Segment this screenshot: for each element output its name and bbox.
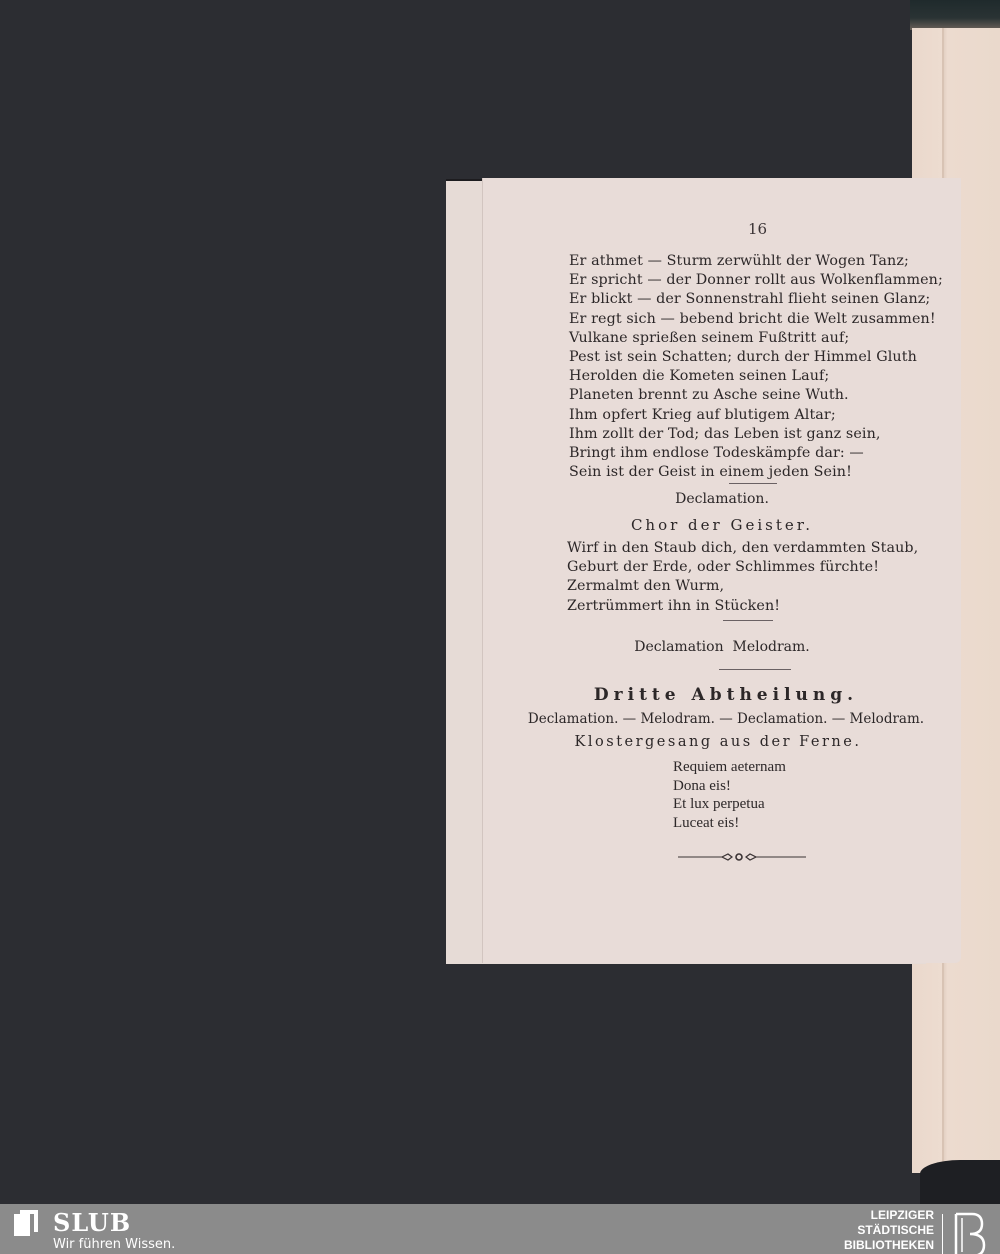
ornament-divider-icon [678, 851, 806, 863]
chorus-line: Geburt der Erde, oder Schlimmes fürchte! [567, 558, 947, 577]
footer-divider [942, 1214, 943, 1254]
chorus-line: Zertrümmert ihn in Stücken! [567, 597, 947, 616]
slub-logo-icon [12, 1210, 42, 1238]
slub-brand: SLUB [53, 1208, 131, 1237]
verse-line: Er spricht — der Donner rollt aus Wolken… [569, 271, 949, 290]
verse-line: Er regt sich — bebend bricht die Welt zu… [569, 310, 949, 329]
section-divider [719, 669, 791, 670]
lsb-logo-icon [952, 1212, 988, 1254]
lsb-brand: LEIPZIGER STÄDTISCHE BIBLIOTHEKEN [844, 1208, 934, 1253]
lsb-brand-line: STÄDTISCHE [844, 1223, 934, 1238]
verse-line: Ihm zollt der Tod; das Leben ist ganz se… [569, 425, 949, 444]
section-divider [723, 620, 773, 621]
verse-line: Bringt ihm endlose Todeskämpfe dar: — [569, 444, 949, 463]
verse-line: Pest ist sein Schatten; durch der Himmel… [569, 348, 949, 367]
part-heading: Dritte Abtheilung. [487, 685, 965, 705]
latin-line: Requiem aeternam [673, 758, 786, 777]
chorus-line: Wirf in den Staub dich, den verdammten S… [567, 539, 947, 558]
page-number: 16 [748, 220, 767, 238]
lsb-brand-line: BIBLIOTHEKEN [844, 1238, 934, 1253]
verse-line: Er blickt — der Sonnenstrahl flieht sein… [569, 290, 949, 309]
book-spine-top [910, 0, 1000, 30]
latin-line: Dona eis! [673, 777, 786, 796]
section-divider [729, 483, 777, 484]
verse-block: Er athmet — Sturm zerwühlt der Wogen Tan… [569, 252, 949, 482]
verse-line: Vulkane sprießen seinem Fußtritt auf; [569, 329, 949, 348]
document-page: 16 Er athmet — Sturm zerwühlt der Wogen … [483, 178, 961, 963]
footer-bar: SLUB Wir führen Wissen. LEIPZIGER STÄDTI… [0, 1204, 1000, 1254]
book-bottom-shadow [920, 1160, 1000, 1204]
lsb-brand-line: LEIPZIGER [844, 1208, 934, 1223]
latin-line: Et lux perpetua [673, 795, 786, 814]
verse-line: Planeten brennt zu Asche seine Wuth. [569, 386, 949, 405]
verse-line: Ihm opfert Krieg auf blutigem Altar; [569, 406, 949, 425]
section-label-declamation-melodram: Declamation Melodram. [483, 639, 961, 655]
section-label-declamation: Declamation. [483, 491, 961, 507]
song-title: Klostergesang aus der Ferne. [479, 734, 957, 750]
chorus-block: Wirf in den Staub dich, den verdammten S… [567, 539, 947, 616]
verse-line: Er athmet — Sturm zerwühlt der Wogen Tan… [569, 252, 949, 271]
slub-tagline: Wir führen Wissen. [53, 1237, 175, 1252]
latin-verse: Requiem aeternam Dona eis! Et lux perpet… [673, 758, 786, 832]
latin-line: Luceat eis! [673, 814, 786, 833]
part-sequence: Declamation. — Melodram. — Declamation. … [487, 711, 965, 727]
verse-line: Sein ist der Geist in einem jeden Sein! [569, 463, 949, 482]
chorus-title: Chor der Geister. [483, 516, 961, 534]
chorus-line: Zermalmt den Wurm, [567, 577, 947, 596]
verse-line: Herolden die Kometen seinen Lauf; [569, 367, 949, 386]
